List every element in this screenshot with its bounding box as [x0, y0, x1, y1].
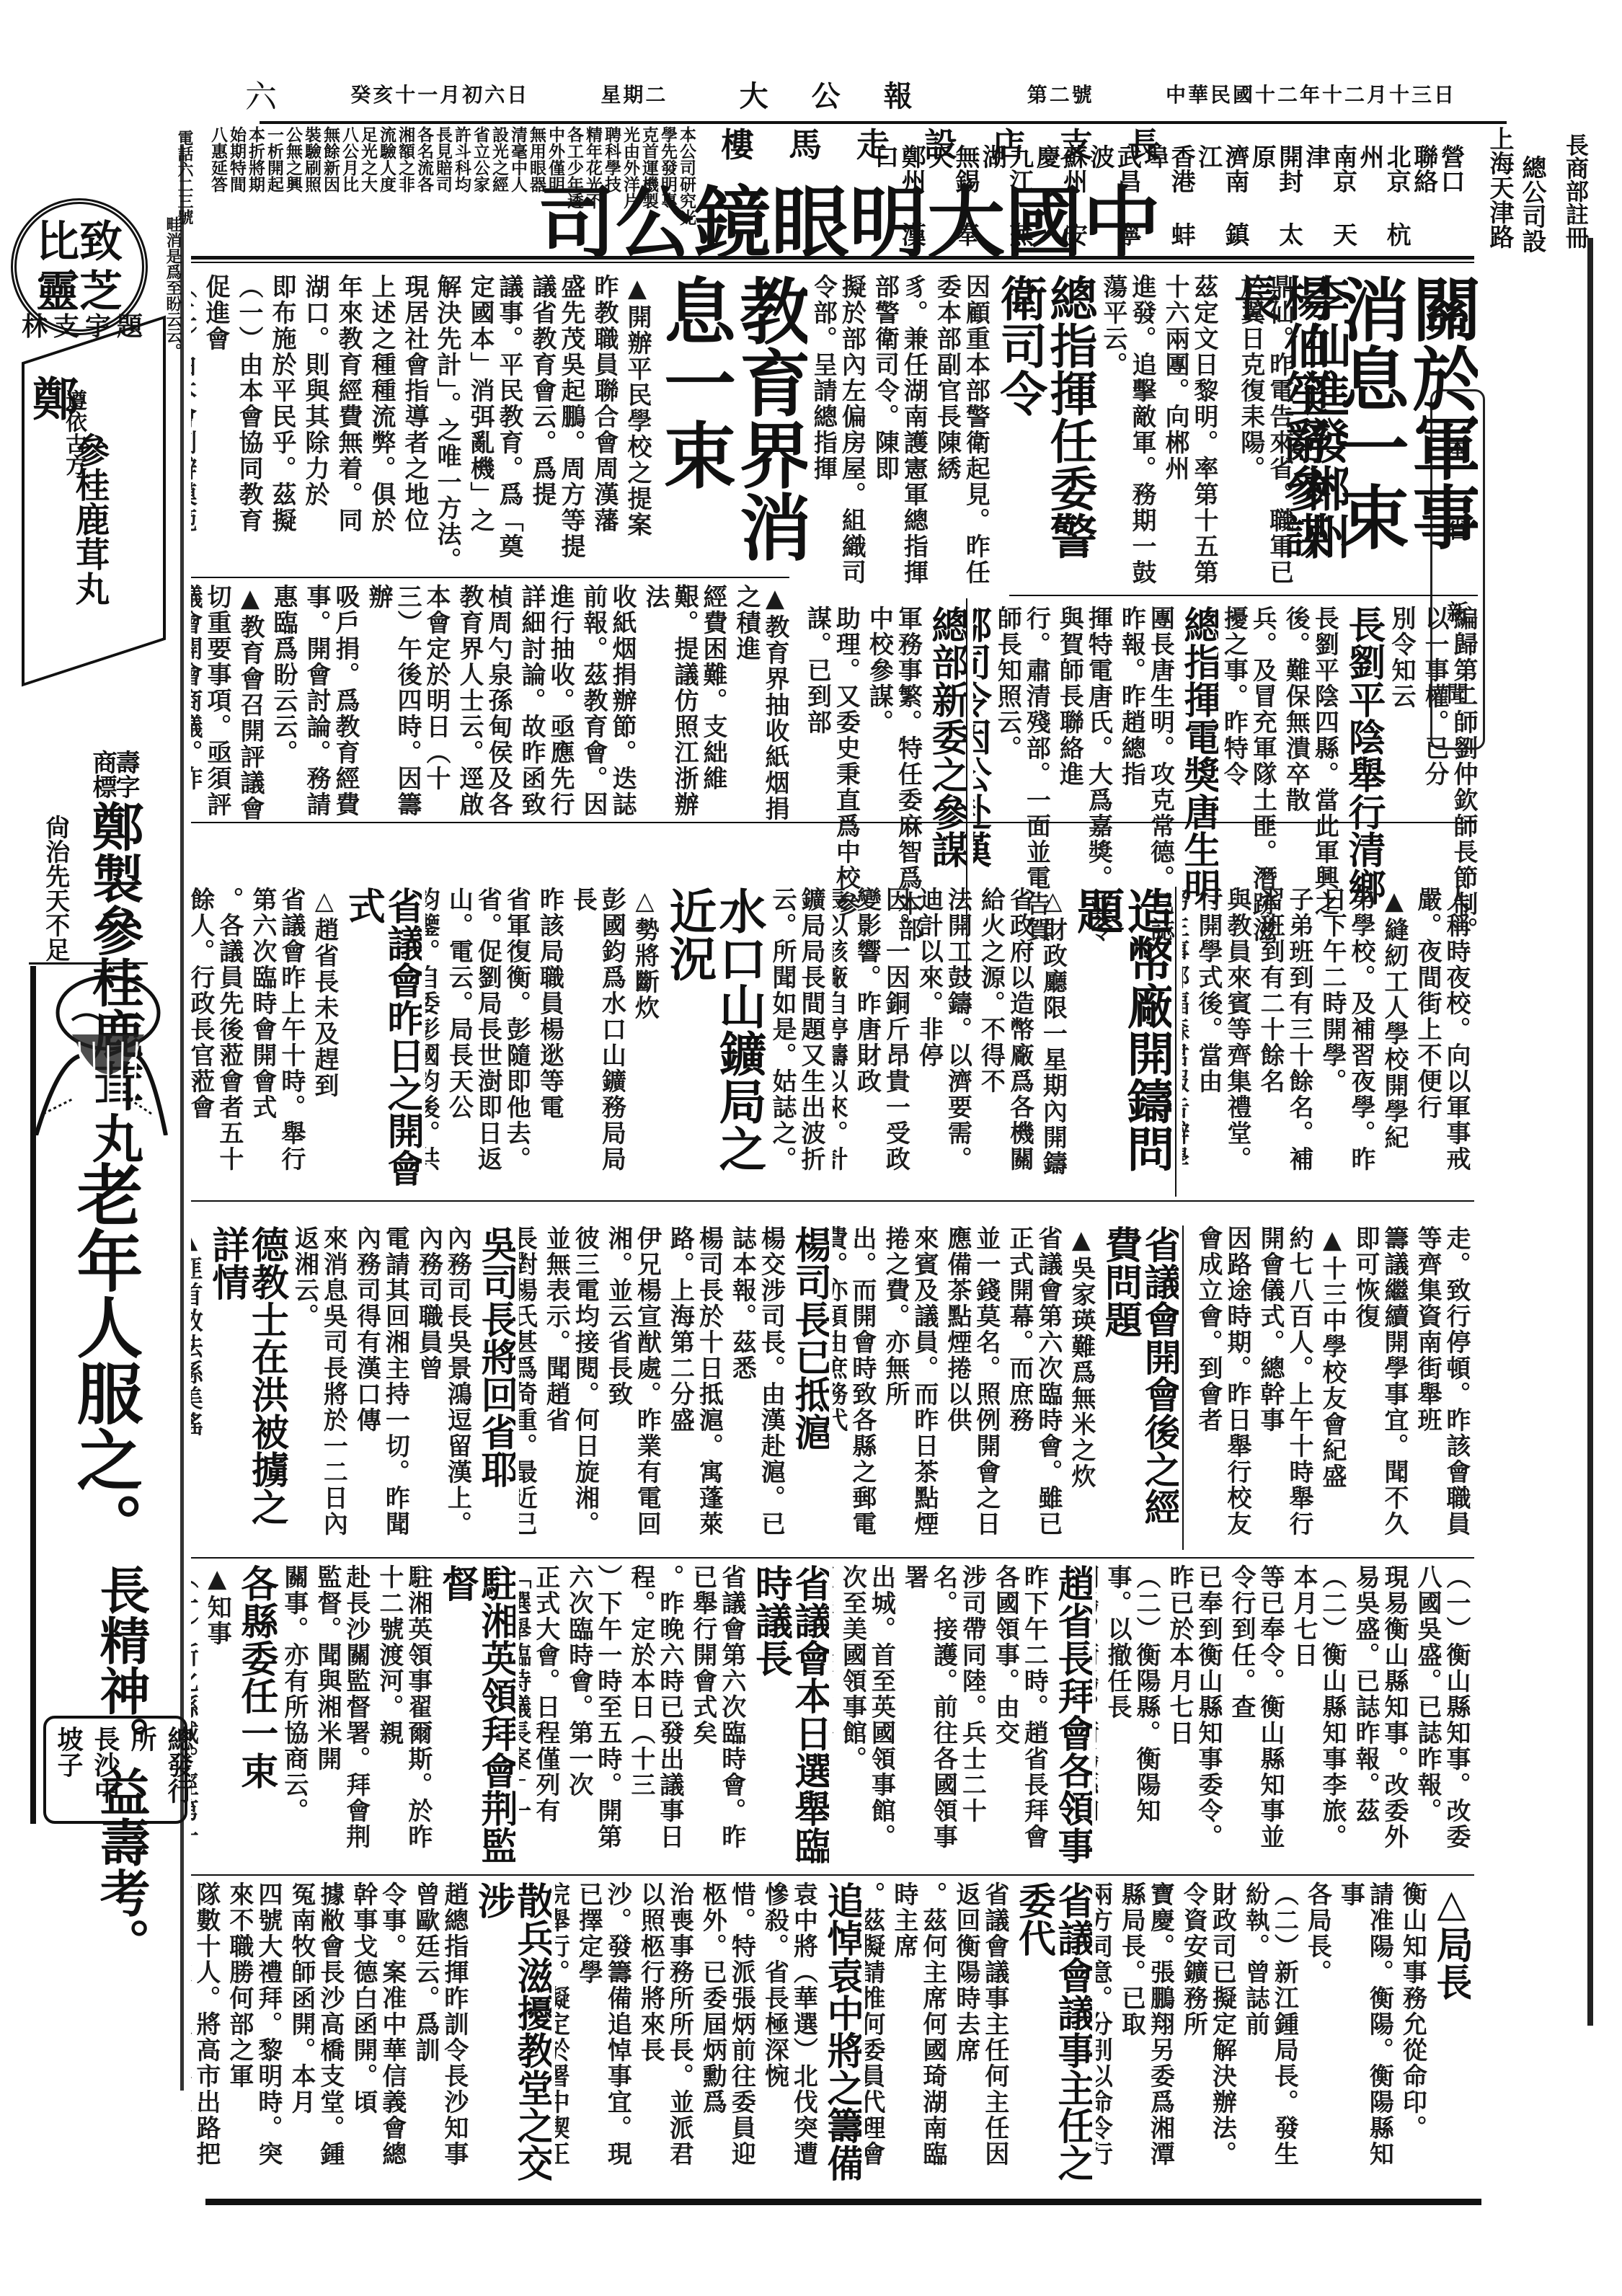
article-council-member: 省議會議事主任之委代 省議會議事主任何主任因返回衡陽時去席 。茲何主席何國琦湖南…: [865, 1881, 1092, 2191]
headline: 造幣廠開鑄問題: [1071, 887, 1171, 1197]
article-british-consul-counties: 駐湘英領拜會荆監督 駐湘英領事翟爾斯。於昨十二號渡河。親 赴長沙關監督署。拜會荆…: [191, 1564, 515, 1867]
article-divider: [1009, 595, 1478, 596]
headline: △局長: [1431, 1881, 1471, 2191]
column-rule: [1182, 1225, 1184, 1550]
article-assembly-funds: 省議會開會後之經費問題 ▲吳家瑛難爲無米之炊 省議會第六次臨時會。雖已正式開幕。…: [833, 1225, 1179, 1550]
headline: 省議會本日選舉臨時議長: [750, 1564, 829, 1867]
article-bureau-chiefs: △局長 衡山知事務允從命印。 請准陽。衡陽。衡陽縣知事 各局長。 （二）新江鍾局…: [1096, 1881, 1471, 2191]
article-textile-school: 人稱時夜校。向以軍事戒嚴。夜間街上不便行 ▲縫紉工人學校開學紀 弟學校。及補習夜…: [1182, 887, 1471, 1197]
masthead-weekday: 星期二: [601, 79, 668, 108]
headline: 散兵滋擾教堂之交涉: [473, 1881, 551, 2191]
article-divider: [191, 1200, 1474, 1202]
column-divider-right: [1587, 238, 1593, 2026]
headline: 各縣委任一束: [236, 1564, 275, 1867]
article-shuikou-mine: 鑛局局長間題又生出波折云。所聞如是。姑誌之。 水口山鑛局之近況 △勢將斷炊 彭國…: [425, 887, 825, 1197]
banner-registration: 長商部註冊: [1563, 133, 1587, 249]
masthead-date: 中華民國十二年十二月十三日: [1166, 79, 1456, 108]
article-divider: [191, 577, 789, 578]
city-pair: 開封 太原: [1248, 144, 1302, 260]
banner-description: 本公司研究光 學先發明專 克首運機製 光由外洋片 聘科學技 精年花光不 各工少年…: [191, 126, 696, 249]
ad-divider: [29, 962, 148, 965]
ad-slogan: 老年人服之。: [68, 1161, 140, 1559]
masthead-issue: 第二號: [1027, 79, 1094, 108]
headline: 楊司長已抵滬: [789, 1225, 829, 1550]
column-rule: [1175, 887, 1176, 1197]
branch-city-list: 營口聯絡 北京 杭州 南京 天津 開封 太原 濟南 鎮江 香港 蚌埠 武昌 寧波…: [1153, 144, 1463, 260]
distributor-label: 總發行所: [124, 1726, 198, 1814]
article-education-plan: 現居社會指導者之地位 上述之種種流弊。俱於 年來教育經費無着。同 湖口。則與其除…: [191, 274, 429, 577]
section-title-education: 教育界消息一束: [656, 274, 807, 577]
distributor-box: 總發行所 長沙中坡子: [43, 1716, 187, 1824]
banner-bottom-rule: [191, 256, 1474, 260]
distributor-location: 長沙中坡子: [50, 1726, 124, 1814]
article-education-part2: ▲教育界抽收紙烟捐之積進 經費困難。支絀維艱。提議仿照江浙辦法 收紙烟捐辦節。迭…: [191, 584, 789, 822]
masthead-lunar-date: 癸亥十一月初六日: [350, 79, 529, 108]
city-pair: 北京 杭州: [1355, 144, 1409, 260]
headline: 省議會昨日之開會式: [343, 887, 422, 1197]
ad-left-bar: [30, 966, 36, 1824]
article-election: 省議會本日選舉臨時議長 省議會第六次臨時會。昨已舉行開會式矣 。昨晚六時已發出議…: [519, 1564, 829, 1867]
headline: 吳司長將回省耶: [476, 1225, 515, 1550]
banner-company-name: 中國大明眼鏡公司: [721, 173, 1161, 260]
masthead-strip: 中華民國十二年十二月十三日 第二號 大公報 星期二 癸亥十一月初六日 六: [245, 72, 1456, 115]
trademark-label-bottom: 商標: [85, 750, 120, 799]
article-divider: [191, 1557, 1474, 1559]
article-education-part1: 教育界消息一束 ▲開辦平民學校之提案 昨教職員聯合會周漢藩 盛先茂吳起鵬。周方等…: [433, 274, 807, 577]
article-military-part1b: 李仙進發郴州 鼎仙。昨電告來省。職軍已於翼日克復耒陽。: [1226, 274, 1348, 591]
headline: 總指揮任委警衛司令: [994, 274, 1094, 591]
article-missionary-cont: （一）衡山縣知事。改委八國吳盛。已誌昨報。 現易衡山縣知事。改委外易吳盛。已誌昨…: [1096, 1564, 1471, 1867]
masthead-paper-name: 大公報: [740, 74, 956, 115]
telephone-note: 電話六二三號: [177, 130, 192, 225]
headline: 追悼袁中將之籌備: [822, 1881, 861, 2191]
city-pair: 營口聯絡: [1409, 144, 1463, 260]
banner-head-office-location: 上海天津路: [1482, 126, 1517, 249]
headline: 水口山鑛局之近況: [663, 887, 763, 1197]
article-school-anniv: 走。致行停頓。昨該會職員等齊集資南街舉班 籌議繼續開學事宜。聞不久即可恢復 ▲十…: [1189, 1225, 1471, 1550]
banner-head-office: 總公司設: [1515, 155, 1550, 253]
headline: 德教士在洪被擄之詳情: [207, 1225, 285, 1550]
headline: 省議會開會後之經費問題: [1100, 1225, 1179, 1550]
masthead-page-number: 六: [245, 71, 279, 117]
article-assembly-opening: 省議會昨日之開會式 △趙省長未及趕到 省議會昨上午十時。舉行第六次臨時會開會式 …: [191, 887, 422, 1197]
headline: 駐湘英領拜會荆監督: [437, 1564, 515, 1867]
article-mission-dispute: 散兵滋擾教堂之交涉 趙總指揮昨訓令長沙知事曾歐廷云。爲訓 令事。案准中華信義會總…: [191, 1881, 551, 2191]
section-title-military: 關於軍事消息一束: [1332, 274, 1478, 591]
headline: 李仙進發郴州: [1298, 274, 1348, 591]
article-military-part2: 茲定文日黎明。率第十五第十六兩團。向郴州 進發。追擊敵軍。務期一鼓蕩平云。 總指…: [815, 274, 1218, 591]
article-governor-consuls: 趙省長拜會各領事 昨下午二時。趙省長拜會各國領事。由交 涉司帶同陸。兵士二十名。…: [833, 1564, 1092, 1867]
article-general-mourning: 追悼袁中將之籌備 袁中將（華選）北伐突遭慘殺。省長極深惋 惜。特派張炳前往委員迎…: [555, 1881, 861, 2191]
article-divider: [191, 822, 1474, 823]
diagonal-large-text: 參桂鹿茸丸: [65, 433, 115, 606]
headline: 趙省長拜會各領事: [1052, 1564, 1092, 1867]
headline: 省議會議事主任之委代: [1014, 1881, 1092, 2191]
article-divider: [191, 1874, 1474, 1876]
elder-portrait-icon: [29, 970, 173, 1135]
page-bottom-rule: [205, 2199, 1481, 2205]
city-pair: 南京 天津: [1302, 144, 1356, 260]
banner-bottom-rule-thin: [191, 262, 1474, 263]
city-pair: 濟南 鎮江: [1194, 144, 1248, 260]
product-claim: 尙治先天不足: [42, 815, 68, 962]
article-wu-german: 吳司長將回省耶 內務司長吳景鴻逗留漢上。內務司職員曾 電請其回湘主持一切。昨聞內…: [191, 1225, 515, 1550]
article-yang-shanghai: 楊司長已抵滬 楊交涉司長。由漢赴滬。已誌本報。茲悉 楊司長於十日抵滬。寓蓬萊路。…: [519, 1225, 829, 1550]
article-mint: 造幣廠開鑄問題 △財政廳限一星期內開鑄 省政府以造幣廠爲各機關給火之源。不得不 …: [833, 887, 1171, 1197]
banner-branch-line: 長支店設走馬樓: [721, 119, 1161, 167]
